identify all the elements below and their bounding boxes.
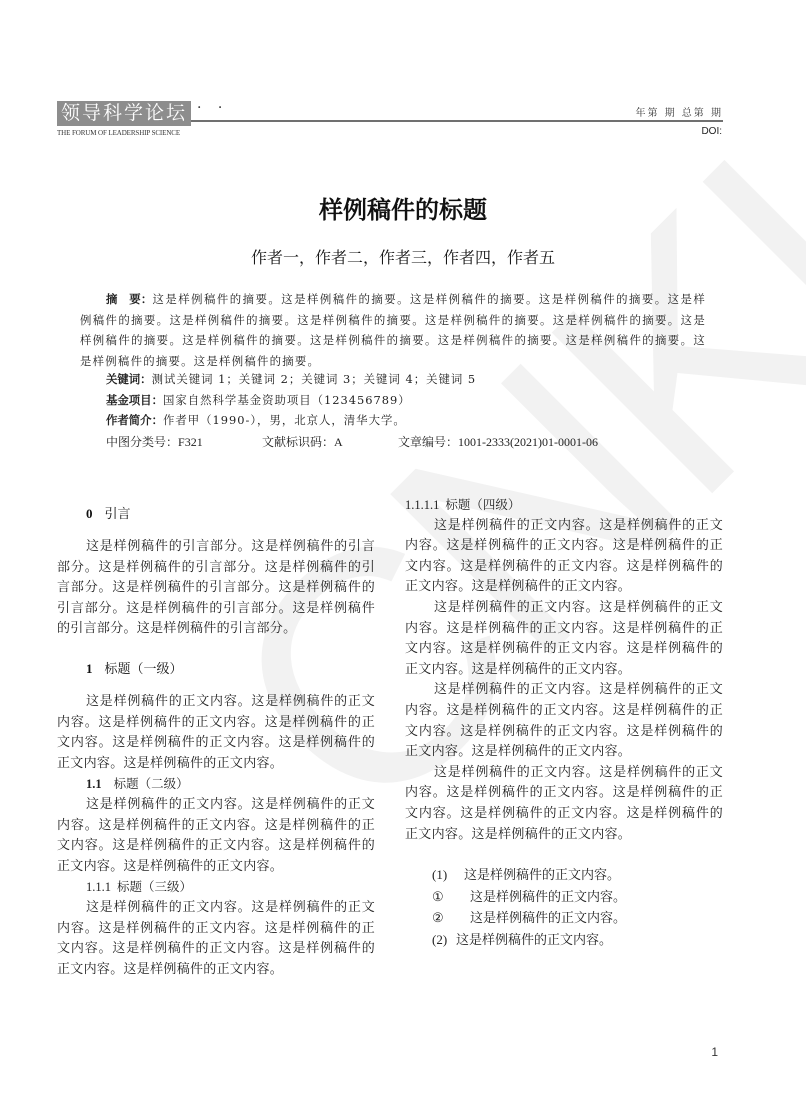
article-title: 样例稿件的标题 [0, 190, 806, 225]
abstract-label: 摘 要： [106, 292, 153, 306]
article-no-label: 文章编号： [398, 435, 458, 449]
author-bio: 作者简介：作者甲（1990-），男，北京人，清华大学。 [106, 412, 406, 428]
section-1-heading: 1标题（一级） [57, 657, 375, 682]
section-1-1-paragraph: 这是样例稿件的正文内容。这是样例稿件的正文内容。这是样例稿件的正文内容。这是样例… [57, 795, 375, 877]
abstract: 摘 要：这是样例稿件的摘要。这是样例稿件的摘要。这是样例稿件的摘要。这是样例稿件… [80, 289, 706, 371]
bio-label: 作者简介： [106, 413, 163, 427]
doc-code-value: A [334, 435, 343, 449]
article-no-group: 文章编号：1001-2333(2021)01-0001-06 [398, 433, 598, 450]
journal-name-en: THE FORUM OF LEADERSHIP SCIENCE [57, 129, 180, 137]
classification-line: 中图分类号：F321文献标识码：A文章编号：1001-2333(2021)01-… [106, 433, 598, 450]
body-paragraph: 这是样例稿件的正文内容。这是样例稿件的正文内容。这是样例稿件的正文内容。这是样例… [405, 516, 723, 598]
fund-label: 基金项目： [106, 393, 163, 407]
clc-group: 中图分类号：F321 [106, 433, 262, 450]
header-rule [191, 120, 723, 122]
list-item: (2)这是样例稿件的正文内容。 [432, 930, 723, 952]
section-1-1-1-heading: 1.1.1标题（三级） [57, 877, 375, 898]
doi-label: DOI: [701, 126, 722, 137]
abstract-text: 这是样例稿件的摘要。这是样例稿件的摘要。这是样例稿件的摘要。这是样例稿件的摘要。… [80, 292, 706, 368]
list-item: ①这是样例稿件的正文内容。 [432, 887, 723, 909]
journal-logo: 领导科学论坛 [57, 101, 191, 126]
body-paragraph: 这是样例稿件的正文内容。这是样例稿件的正文内容。这是样例稿件的正文内容。这是样例… [405, 680, 723, 762]
list-item: ②这是样例稿件的正文内容。 [432, 908, 723, 930]
clc-label: 中图分类号： [106, 435, 178, 449]
right-column: 1.1.1.1标题（四级） 这是样例稿件的正文内容。这是样例稿件的正文内容。这是… [405, 495, 723, 951]
intro-heading: 0引言 [57, 502, 375, 527]
article-authors: 作者一，作者二，作者三，作者四，作者五 [0, 245, 806, 268]
section-1-1-1-1-heading: 1.1.1.1标题（四级） [405, 495, 723, 516]
numbered-list: (1)这是样例稿件的正文内容。 ①这是样例稿件的正文内容。 ②这是样例稿件的正文… [405, 865, 723, 951]
keywords-value: 测试关键词 1；关键词 2；关键词 3；关键词 4；关键词 5 [152, 372, 477, 386]
page-number: 1 [711, 1045, 718, 1059]
doc-code-label: 文献标识码： [262, 435, 334, 449]
section-1-1-heading: 1.1标题（二级） [57, 774, 375, 795]
list-item: (1)这是样例稿件的正文内容。 [432, 865, 723, 887]
clc-value: F321 [178, 435, 203, 449]
body-paragraph: 这是样例稿件的正文内容。这是样例稿件的正文内容。这是样例稿件的正文内容。这是样例… [405, 598, 723, 680]
issue-info: 年第 期 总第 期 [635, 104, 723, 119]
fund-project: 基金项目：国家自然科学基金资助项目（123456789） [106, 392, 411, 408]
intro-paragraph: 这是样例稿件的引言部分。这是样例稿件的引言部分。这是样例稿件的引言部分。这是样例… [57, 537, 375, 640]
doc-code-group: 文献标识码：A [262, 433, 398, 450]
article-no-value: 1001-2333(2021)01-0001-06 [458, 435, 598, 449]
bio-value: 作者甲（1990-），男，北京人，清华大学。 [163, 413, 406, 427]
section-1-paragraph: 这是样例稿件的正文内容。这是样例稿件的正文内容。这是样例稿件的正文内容。这是样例… [57, 692, 375, 774]
header-dots: · · [197, 100, 228, 116]
keywords: 关键词：测试关键词 1；关键词 2；关键词 3；关键词 4；关键词 5 [106, 371, 476, 387]
body-paragraph: 这是样例稿件的正文内容。这是样例稿件的正文内容。这是样例稿件的正文内容。这是样例… [405, 763, 723, 845]
section-1-1-1-paragraph: 这是样例稿件的正文内容。这是样例稿件的正文内容。这是样例稿件的正文内容。这是样例… [57, 898, 375, 980]
left-column: 0引言 这是样例稿件的引言部分。这是样例稿件的引言部分。这是样例稿件的引言部分。… [57, 502, 375, 980]
keywords-label: 关键词： [106, 372, 152, 386]
fund-value: 国家自然科学基金资助项目（123456789） [163, 393, 411, 407]
